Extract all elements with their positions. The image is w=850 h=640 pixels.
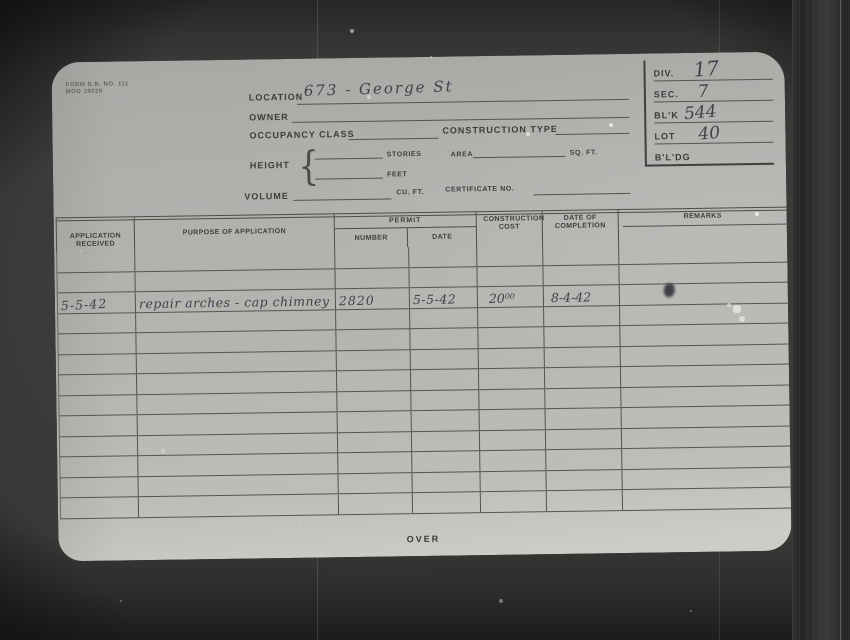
cell-purpose <box>138 453 338 475</box>
cell-purpose <box>139 494 339 516</box>
cell-completion <box>546 449 622 470</box>
volume-label: VOLUME <box>244 191 289 202</box>
cell-cost <box>481 491 547 511</box>
construction-type-underline <box>555 133 629 135</box>
building-permit-card: FORM B.B. NO. 111MOD 19029 LOCATION 673 … <box>51 52 791 562</box>
construction-type-label: CONSTRUCTION TYPE <box>442 124 558 136</box>
div-value: 17 <box>693 56 720 82</box>
owner-label: OWNER <box>249 112 289 123</box>
cell-cost <box>477 266 543 286</box>
cell-purpose <box>138 433 338 455</box>
cell-date: 5-5-42 <box>410 287 478 308</box>
cell-date <box>411 349 479 370</box>
handwritten-completion: 8-4-42 <box>547 289 591 305</box>
cell-purpose <box>138 474 338 496</box>
cell-number <box>335 268 409 289</box>
permit-table: APPLICATION RECEIVED PURPOSE OF APPLICAT… <box>56 207 791 519</box>
sec-value: 7 <box>697 81 709 102</box>
cell-remarks <box>623 488 791 510</box>
header-remarks: REMARKS <box>619 208 787 244</box>
cell-date <box>411 390 479 411</box>
cell-date <box>410 308 478 329</box>
height-brace: { <box>298 144 319 190</box>
cell-remarks <box>622 406 790 428</box>
cell-cost <box>478 327 544 347</box>
cell-remarks <box>622 447 790 469</box>
cell-purpose <box>137 392 337 414</box>
table-body: 5-5-42repair arches - cap chimney28205-5… <box>56 242 791 519</box>
cell-purpose <box>138 412 338 434</box>
header-date-of-completion: DATE OF COMPLETION <box>543 210 619 245</box>
cell-received <box>60 415 138 436</box>
cell-cost <box>477 245 543 265</box>
cell-received <box>57 251 135 272</box>
volume-underline <box>293 198 391 200</box>
header-permit-number: NUMBER <box>335 228 409 248</box>
cell-received <box>57 272 135 293</box>
cell-purpose <box>135 269 335 291</box>
cell-received <box>61 497 139 518</box>
header-construction-cost: CONSTRUCTION COST <box>477 211 543 246</box>
cell-cost <box>479 389 545 409</box>
cell-remarks <box>620 324 788 346</box>
cell-purpose <box>135 248 335 270</box>
stories-label: STORIES <box>387 151 422 159</box>
cell-received <box>58 333 136 354</box>
parcel-row-sec: SEC. 7 <box>646 80 773 103</box>
cell-purpose <box>136 310 336 332</box>
cell-received <box>60 456 138 477</box>
form-number: FORM B.B. NO. 111MOD 19029 <box>66 81 129 96</box>
cell-number <box>339 493 413 514</box>
cell-completion <box>545 367 621 388</box>
feet-label: FEET <box>387 171 407 178</box>
cell-cost: 20⁰⁰ <box>478 286 544 306</box>
cell-purpose: repair arches - cap chimney <box>136 289 336 311</box>
cell-completion: 8-4-42 <box>544 285 620 306</box>
cell-date <box>409 267 477 288</box>
cell-number <box>337 370 411 391</box>
cell-received <box>59 395 137 416</box>
cell-remarks <box>619 262 787 284</box>
cell-remarks <box>620 303 788 325</box>
div-label: DIV. <box>653 68 674 78</box>
sec-label: SEC. <box>654 89 679 99</box>
cell-completion <box>544 306 620 327</box>
cell-cost <box>479 368 545 388</box>
cell-date <box>413 492 481 513</box>
cell-number <box>338 411 412 432</box>
cell-remarks <box>620 283 788 305</box>
lot-value: 40 <box>698 123 721 145</box>
cell-cost <box>479 348 545 368</box>
cell-completion <box>546 408 622 429</box>
cell-date <box>412 472 480 493</box>
area-underline <box>473 156 566 158</box>
cell-remarks <box>619 242 787 264</box>
header-application-received: APPLICATION RECEIVED <box>57 217 135 252</box>
header-permit-date: DATE <box>408 227 476 247</box>
header-purpose: PURPOSE OF APPLICATION <box>135 214 335 251</box>
parcel-info-box: DIV. 17 SEC. 7 BL'K 544 LOT 40 B'L'DG <box>643 59 774 167</box>
cell-completion <box>543 265 619 286</box>
blk-value: 544 <box>683 102 717 125</box>
cell-number <box>335 247 409 268</box>
parcel-row-bldg: B'L'DG <box>647 143 774 166</box>
film-scratch <box>840 0 841 640</box>
cell-date <box>412 410 480 431</box>
cell-number <box>338 473 412 494</box>
stories-underline <box>315 158 383 160</box>
cell-cost <box>480 409 546 429</box>
lot-label: LOT <box>654 131 675 141</box>
cell-cost <box>478 307 544 327</box>
cell-completion <box>545 388 621 409</box>
occupancy-class-label: OCCUPANCY CLASS <box>249 129 354 141</box>
cell-received <box>61 477 139 498</box>
cell-number <box>338 452 412 473</box>
cell-purpose <box>137 351 337 373</box>
handwritten-received: 5-5-42 <box>61 295 108 312</box>
cell-number <box>336 329 410 350</box>
cell-received <box>58 313 136 334</box>
cell-completion <box>544 326 620 347</box>
film-specks <box>0 0 2 2</box>
cu-ft-label: CU. FT. <box>396 189 424 196</box>
handwritten-purpose: repair arches - cap chimney <box>139 293 330 311</box>
cell-number <box>336 309 410 330</box>
over-label: OVER <box>388 533 458 544</box>
blk-label: BL'K <box>654 110 679 120</box>
sq-ft-label: SQ. FT. <box>570 149 598 156</box>
certificate-underline <box>533 193 630 195</box>
cell-remarks <box>621 365 789 387</box>
cell-purpose <box>136 330 336 352</box>
cell-completion <box>543 244 619 265</box>
cell-received <box>59 374 137 395</box>
cell-remarks <box>622 426 790 448</box>
cell-cost <box>480 430 546 450</box>
cell-number: 2820 <box>336 288 410 309</box>
header-permit-group: PERMIT NUMBER DATE <box>335 212 477 248</box>
cell-remarks <box>621 385 789 407</box>
cell-number <box>338 432 412 453</box>
cell-purpose <box>137 371 337 393</box>
cell-remarks <box>622 467 790 489</box>
cell-number <box>337 391 411 412</box>
cell-received: 5-5-42 <box>58 292 136 313</box>
location-value: 673 - George St <box>304 77 454 100</box>
cell-completion <box>546 429 622 450</box>
occupancy-underline <box>349 138 439 140</box>
location-underline <box>297 99 629 105</box>
cell-date <box>412 451 480 472</box>
height-label: HEIGHT <box>250 160 290 171</box>
owner-underline <box>292 117 629 123</box>
handwritten-number: 2820 <box>339 292 375 308</box>
cell-date <box>411 369 479 390</box>
cell-date <box>410 328 478 349</box>
handwritten-date: 5-5-42 <box>413 291 456 307</box>
area-label: AREA <box>451 151 473 158</box>
certificate-no-label: CERTIFICATE NO. <box>445 186 514 194</box>
cell-number <box>337 350 411 371</box>
cell-cost <box>480 471 546 491</box>
cell-date <box>409 246 477 267</box>
cell-completion <box>545 347 621 368</box>
parcel-row-div: DIV. 17 <box>645 59 772 82</box>
cell-date <box>412 431 480 452</box>
parcel-row-blk: BL'K 544 <box>646 101 773 124</box>
parcel-row-lot: LOT 40 <box>646 122 773 145</box>
cell-completion <box>546 470 622 491</box>
cell-completion <box>547 490 623 511</box>
cell-received <box>60 436 138 457</box>
handwritten-cost: 20⁰⁰ <box>481 290 515 306</box>
cell-cost <box>480 450 546 470</box>
feet-underline <box>315 178 383 180</box>
location-label: LOCATION <box>249 92 303 103</box>
cell-remarks <box>621 344 789 366</box>
cell-received <box>59 354 137 375</box>
bldg-label: B'L'DG <box>655 152 691 163</box>
film-edge-strip <box>792 0 850 640</box>
